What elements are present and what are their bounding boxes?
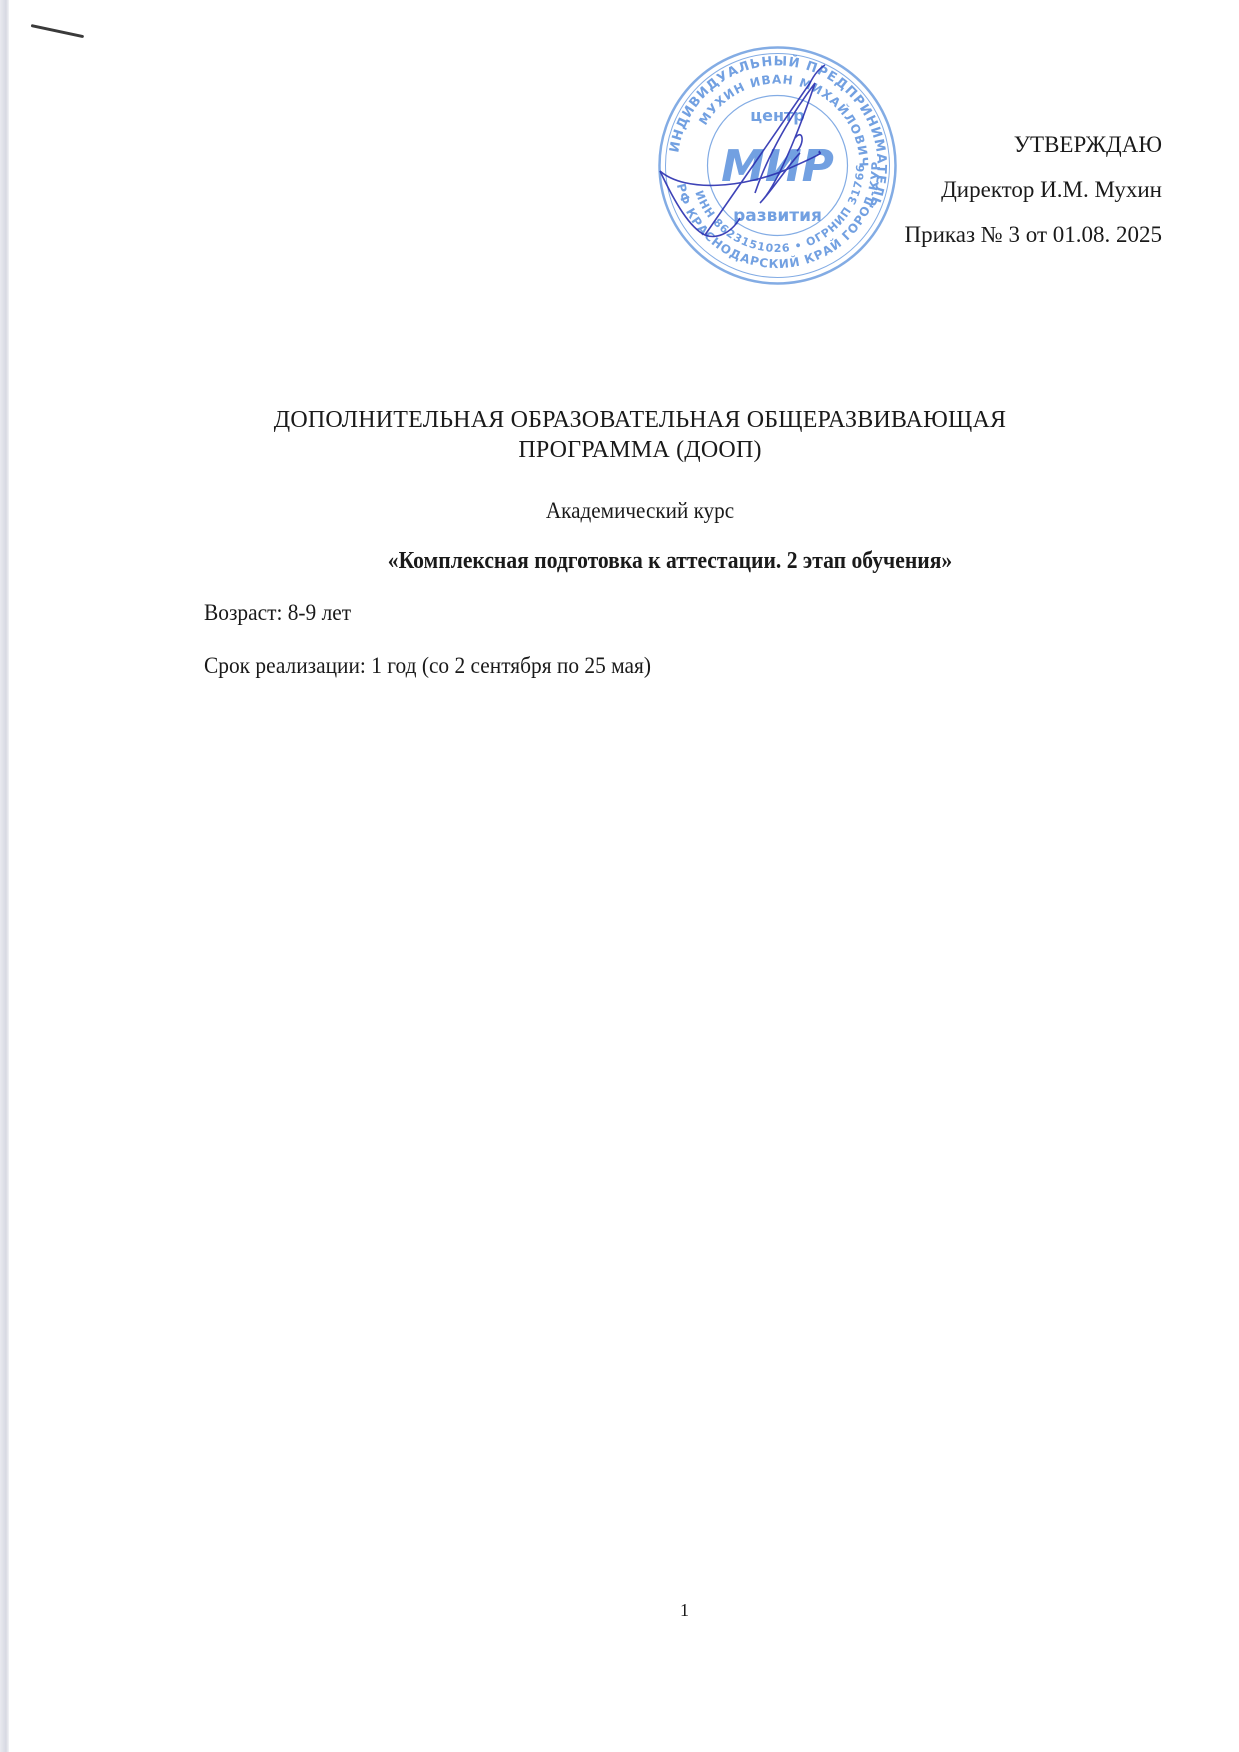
age-info: Возраст: 8-9 лет bbox=[204, 600, 351, 626]
svg-text:МИР: МИР bbox=[721, 141, 834, 192]
term-info: Срок реализации: 1 год (со 2 сентября по… bbox=[204, 653, 651, 679]
scan-edge-shadow bbox=[0, 0, 9, 1752]
document-title: ДОПОЛНИТЕЛЬНАЯ ОБРАЗОВАТЕЛЬНАЯ ОБЩЕРАЗВИ… bbox=[200, 405, 1080, 465]
page-number: 1 bbox=[680, 1600, 689, 1621]
seal-stamp-icon: ИНДИВИДУАЛЬНЫЙ ПРЕДПРИНИМАТЕЛЬ МУХИН ИВА… bbox=[655, 43, 900, 288]
document-title-line-2: ПРОГРАММА (ДООП) bbox=[200, 435, 1080, 465]
approval-block: УТВЕРЖДАЮ Директор И.М. Мухин Приказ № 3… bbox=[905, 122, 1162, 257]
approval-signatory: Директор И.М. Мухин bbox=[905, 167, 1162, 212]
course-name: «Комплексная подготовка к аттестации. 2 … bbox=[301, 548, 1039, 575]
document-title-line-1: ДОПОЛНИТЕЛЬНАЯ ОБРАЗОВАТЕЛЬНАЯ ОБЩЕРАЗВИ… bbox=[200, 405, 1080, 435]
approval-order: Приказ № 3 от 01.08. 2025 bbox=[905, 212, 1162, 257]
svg-text:развития: развития bbox=[733, 206, 822, 226]
course-label: Академический курс bbox=[235, 498, 1045, 524]
approval-heading: УТВЕРЖДАЮ bbox=[905, 122, 1162, 167]
scan-mark bbox=[31, 24, 84, 38]
